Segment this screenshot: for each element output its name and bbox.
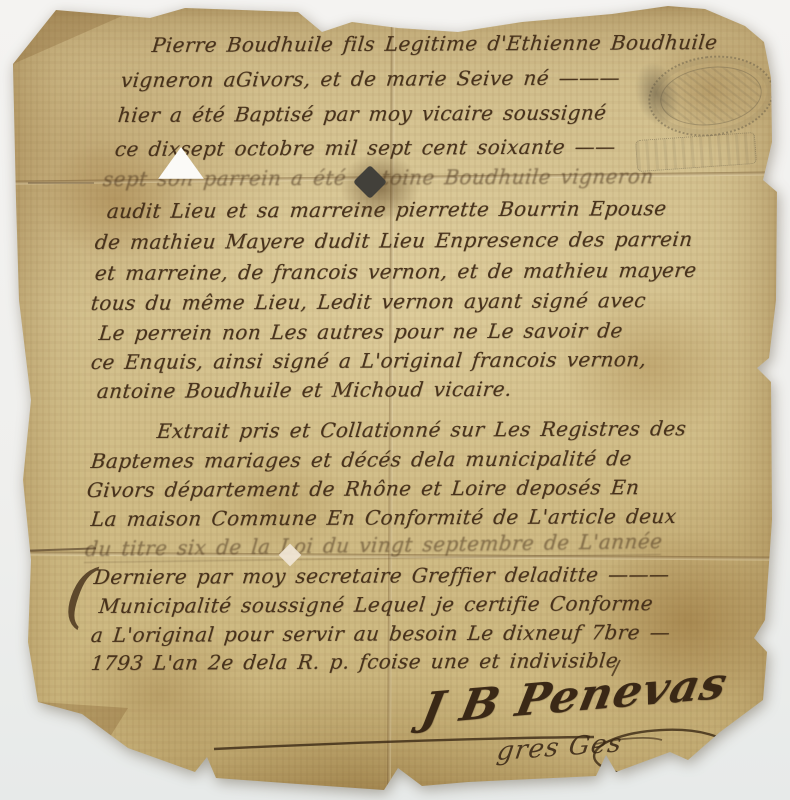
handwritten-line: Extrait pris et Collationné sur Les Regi… <box>156 418 687 441</box>
handwritten-line: 1793 L'an 2e dela R. p. fcoise une et in… <box>90 650 619 673</box>
handwritten-line: antoine Boudhuile et Michoud vicaire. <box>96 379 513 401</box>
handwritten-line: Givors département de Rhône et Loire dep… <box>86 477 640 500</box>
parchment-paper: Pierre Boudhuile fils Legitime d'Ethienn… <box>0 0 790 800</box>
handwritten-line: Derniere par moy secretaire Greffier del… <box>93 564 670 587</box>
handwritten-line: de mathieu Mayere dudit Lieu Enpresence … <box>94 229 694 252</box>
scanned-document: Pierre Boudhuile fils Legitime d'Ethienn… <box>0 0 790 800</box>
handwritten-line: La maison Commune En Conformité de L'art… <box>90 506 677 529</box>
handwritten-line: et marreine, de francois vernon, et de m… <box>94 260 698 283</box>
handwritten-line: hier a été Baptisé par moy vicaire souss… <box>117 102 607 125</box>
handwritten-line: ce Enquis, ainsi signé a L'original fran… <box>90 349 647 372</box>
postmark-inner-ring <box>657 61 765 131</box>
handwritten-line: tous du même Lieu, Ledit vernon ayant si… <box>90 290 647 313</box>
handwritten-line: vigneron aGivors, et de marie Seive né —… <box>120 67 621 90</box>
pen-dash <box>28 182 94 184</box>
handwritten-line: Baptemes mariages et décés dela municipa… <box>90 448 633 471</box>
handwritten-line: Municipalité soussigné Lequel je certifi… <box>98 593 654 616</box>
paper-shadow: Pierre Boudhuile fils Legitime d'Ethienn… <box>0 0 790 800</box>
handwritten-line: a L'original pour servir au besoin Le di… <box>90 622 671 645</box>
handwritten-line: Pierre Boudhuile fils Legitime d'Ethienn… <box>151 32 718 55</box>
handwritten-line: Le perrein non Les autres pour ne Le sav… <box>98 320 624 343</box>
